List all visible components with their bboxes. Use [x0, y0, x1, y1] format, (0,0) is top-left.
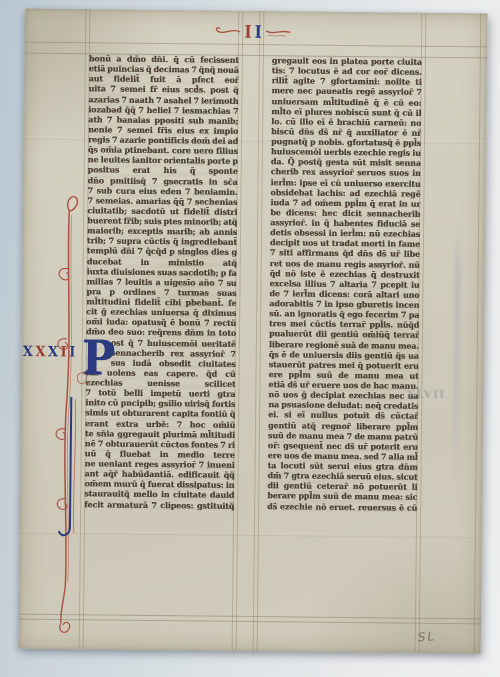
running-title-letter: I [244, 20, 251, 43]
chapter-numeral: XXXII [23, 344, 85, 361]
ruling-line-vertical [257, 11, 265, 651]
text-line: fecit armaturā 7 clipeos: gstituitq̄ pnc… [84, 499, 234, 511]
ruling-line-vertical [253, 11, 261, 651]
chapter-numeral-letter: X [48, 344, 61, 361]
verso-showthrough-smear [452, 223, 461, 493]
chapter-numeral-letter: I [69, 344, 78, 361]
running-title-flourish-right-icon [265, 26, 291, 38]
text-column-1: bonū a dm̄o dn̄i. q̄ cū fecissent fideli… [84, 53, 239, 511]
chapter-initial: P [81, 335, 108, 385]
text-column-2: gregauit eos in platea porte ciuitatis: … [267, 55, 422, 513]
ruling-line-vertical [474, 13, 482, 653]
parchment-stain [301, 532, 482, 654]
manuscript-leaf: I I bonū a dm̄o dn̄i. q̄ cū fecissent fi… [19, 9, 488, 654]
page-photo: { "colors": { "ink": "#41362a", "rubric_… [0, 0, 500, 677]
chapter-numeral-letter: X [35, 344, 48, 361]
parchment-crease [20, 531, 482, 539]
ruling-line-bottom [19, 619, 481, 625]
pencil-inscription: SL [417, 629, 436, 644]
text-line: ds̄ ezechie nō eruet. reuersus ē cū igno… [267, 501, 417, 513]
running-title: I I [193, 18, 313, 45]
margin-showthrough-numeral: XLVII [407, 390, 445, 401]
ruling-line-bottom [19, 614, 481, 620]
chapter-numeral-letter: X [23, 344, 36, 361]
running-title-letter: I [255, 21, 262, 44]
running-title-flourish-left-icon [216, 26, 242, 38]
